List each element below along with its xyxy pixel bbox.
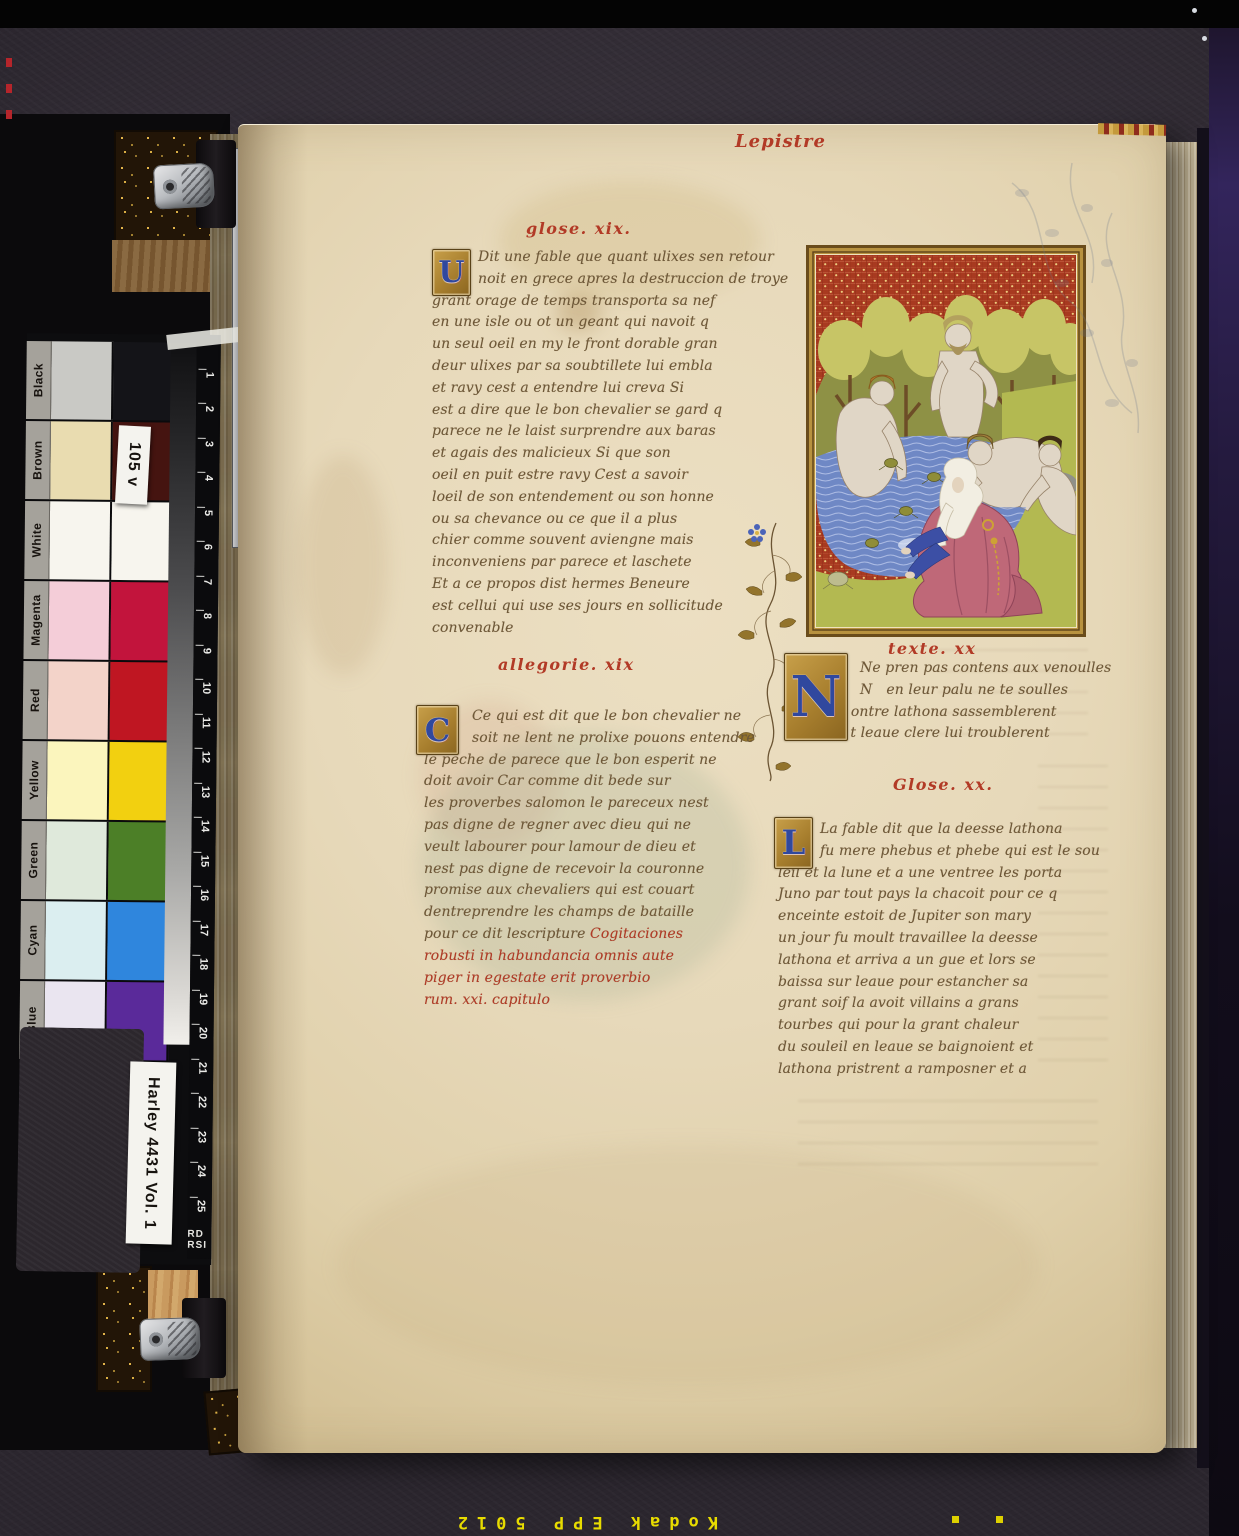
text-line: est a dire que le bon chevalier se gard …	[432, 400, 756, 422]
ruler-number: 8	[194, 610, 218, 645]
ruler-number: 25	[187, 1196, 211, 1231]
color-patch-tint	[45, 901, 108, 980]
color-chart-row: Yellow	[22, 741, 172, 823]
color-patch-tint	[49, 501, 112, 580]
text-line: promise aux chevaliers qui est couart	[424, 880, 756, 902]
folio-sticker: 105 v	[115, 425, 151, 505]
ruler-number: 16	[191, 886, 215, 921]
color-patch-tint	[47, 741, 110, 820]
text-line: rum. xxi. capitulo	[424, 990, 756, 1012]
text-line: dentreprendre les champs de bataille	[424, 902, 756, 924]
allegorie-19-latin-quote: robusti in habundancia omnis autepiger i…	[424, 946, 756, 1011]
color-label-strip: Magenta	[23, 581, 49, 659]
ruler-number: 18	[190, 955, 214, 990]
vine-stem	[766, 523, 776, 781]
text-line: lathona et arriva a un gue et lors se	[778, 950, 1112, 972]
illuminated-initial-texte20: N	[784, 653, 848, 741]
color-chart-label: Red	[28, 688, 42, 712]
color-patch-solid	[108, 822, 171, 901]
film-frame-mark	[952, 1516, 959, 1523]
text-line: fu mere phebus et phebe qui est le sou	[778, 841, 1112, 863]
ruler-number: 1	[196, 369, 220, 404]
text-line: les proverbes salomon le pareceux nest	[424, 793, 756, 815]
color-chart-label: Magenta	[29, 594, 44, 646]
text-line: deur ulixes par sa soubtillete lui embla	[432, 356, 756, 378]
color-chart-row: Red	[23, 661, 173, 743]
initial-letter: N	[790, 664, 841, 730]
rubric-glose-20: Glose. xx.	[893, 775, 993, 794]
ruler-number: 24	[188, 1162, 212, 1197]
text-line: un seul oeil en my le front dorable gran	[432, 334, 756, 356]
folio-number: 105 v	[123, 442, 143, 488]
rubric-glose-19: glose. xix.	[526, 219, 632, 238]
text-line: et ravy cest a entendre lui creva Si	[432, 378, 756, 400]
color-patch-tint	[48, 661, 111, 740]
glose-20-text: La fable dit que la deesse lathonafu mer…	[778, 819, 1112, 1081]
allegorie-19-mixed-line: pour ce dit lescripture Cogitaciones	[424, 924, 756, 946]
color-patch-tint	[48, 581, 111, 660]
text-line: ou sa chevance ou ce que il a plus	[432, 509, 756, 531]
allegorie-19-text: Ce qui est dit que le bon chevalier neso…	[424, 706, 756, 924]
initial-letter: L	[782, 823, 806, 863]
film-edge-speck	[6, 84, 12, 93]
color-label-strip: Red	[23, 661, 49, 739]
initial-letter: C	[425, 711, 450, 749]
ruler-number: 5	[195, 507, 219, 542]
ruler-number: 6	[194, 541, 218, 576]
text-line: parece ne le laist surprendre aux baras	[432, 421, 756, 443]
color-chart-label: White	[30, 523, 44, 558]
text-line: pas digne de regner avec dieu qui ne	[424, 815, 756, 837]
color-label-strip: Black	[26, 341, 52, 419]
rubric-texte-20: texte. xx	[888, 639, 976, 658]
text-line: convenable	[432, 618, 756, 640]
film-edge-speck	[1202, 36, 1207, 41]
illuminated-initial-glose20: L	[774, 817, 813, 869]
color-chart-row: Black	[26, 341, 176, 423]
color-patch-solid	[110, 582, 173, 661]
book-cover-edge-right	[1209, 0, 1239, 1536]
film-frame-mark	[996, 1516, 1003, 1523]
rubric-allegorie-19: allegorie. xix	[498, 655, 635, 674]
color-label-strip: Brown	[25, 421, 51, 499]
text-line: baissa sur leaue pour estancher sa	[778, 972, 1112, 994]
ruler-number: 10	[193, 679, 217, 714]
color-chart-label: Black	[31, 363, 45, 397]
offset-vine-ghost	[992, 153, 1167, 453]
color-patch-solid	[109, 742, 172, 821]
color-chart-label: Cyan	[25, 925, 39, 956]
color-patch-solid	[111, 502, 174, 581]
color-patch-tint	[46, 821, 109, 900]
text-line: du souleil en leaue se baignoient et	[778, 1037, 1112, 1059]
color-chart-row: White	[24, 501, 174, 583]
film-edge-speck	[6, 58, 12, 67]
ruler-number: 23	[188, 1127, 212, 1162]
text-line: nest pas digne de recevoir la couronne	[424, 859, 756, 881]
film-edge-strip	[0, 0, 1239, 28]
shelfmark-text: Harley 4431 Vol. 1	[140, 1076, 162, 1229]
ruler-number: 11	[193, 714, 217, 749]
color-chart-row: Cyan	[20, 901, 170, 983]
ruler-number: 3	[195, 438, 219, 473]
ruler-number: 2	[196, 403, 220, 438]
ruler-number: 4	[195, 472, 219, 507]
manuscript-photo: BlackBrownWhiteMagentaRedYellowGreenCyan…	[0, 0, 1239, 1536]
mixed-line-red-latin: Cogitaciones	[590, 926, 683, 942]
text-line: Juno par tout pays la chacoit pour ce q	[778, 884, 1112, 906]
text-line: un jour fu moult travaillee la deesse	[778, 928, 1112, 950]
text-line: noit en grece apres la destruccion de tr…	[432, 269, 756, 291]
color-label-strip: White	[24, 501, 50, 579]
text-line: Et a ce propos dist hermes Beneure	[432, 574, 756, 596]
color-chart-label: Yellow	[27, 760, 41, 800]
ruler-number: 19	[190, 989, 214, 1024]
text-line: enceinte estoit de Jupiter son mary	[778, 906, 1112, 928]
color-chart-rows: BlackBrownWhiteMagentaRedYellowGreenCyan…	[19, 341, 176, 1063]
text-line: tourbes qui pour la grant chaleur	[778, 1015, 1112, 1037]
film-edge-text: Kodak EPP 5012	[298, 1509, 718, 1535]
film-edge-speck	[6, 110, 12, 119]
initial-letter: U	[438, 255, 464, 290]
text-line: lathona pristrent a ramposner et a	[778, 1059, 1112, 1081]
text-line: grant soif la avoit villains a grans	[778, 993, 1112, 1015]
color-label-strip: Green	[21, 821, 47, 899]
color-chart-row: Green	[21, 821, 171, 903]
text-line: doit avoir Car comme dit bede sur	[424, 771, 756, 793]
color-patch-tint	[51, 341, 114, 420]
ruler-number: 17	[190, 921, 214, 956]
color-patch-solid	[113, 342, 176, 421]
color-label-strip: Cyan	[20, 901, 46, 979]
shelfmark-sticker: Harley 4431 Vol. 1	[126, 1061, 177, 1244]
text-line: le peche de parece que le bon esperit ne	[424, 750, 756, 772]
text-line: veult labourer pour lamour de dieu et	[424, 837, 756, 859]
page-clip-top	[153, 162, 215, 209]
manuscript-page: Lepistre glose. xix. U Dit une fable que…	[238, 124, 1166, 1453]
text-line: grant orage de temps transporta sa nef	[432, 291, 756, 313]
gutter-shadow	[238, 125, 308, 1453]
parchment-stain	[338, 1145, 1038, 1385]
ruler-number: 14	[191, 817, 215, 852]
glose-19-text: Dit une fable que quant ulixes sen retou…	[432, 247, 756, 639]
ruler-number: 15	[191, 852, 215, 887]
text-line: La fable dit que la deesse lathona	[778, 819, 1112, 841]
ink-show-through	[798, 1100, 1098, 1170]
ruler-number: 12	[192, 748, 216, 783]
page-edges-right	[1164, 142, 1198, 1448]
mixed-line-brown: pour ce dit lescripture	[424, 926, 590, 942]
ruler-footer-label: RD RSI	[187, 1229, 209, 1251]
text-line: leil et la lune et a une ventree les por…	[778, 863, 1112, 885]
color-chart-row: Magenta	[23, 581, 173, 663]
film-edge-speck	[1192, 8, 1197, 13]
text-line: inconveniens par parece et laschete	[432, 552, 756, 574]
text-line: Dit une fable que quant ulixes sen retou…	[432, 247, 756, 269]
text-line: soit ne lent ne prolixe pouons entendre	[424, 728, 756, 750]
color-patch-solid	[107, 902, 170, 981]
text-line: loeil de son entendement ou son honne	[432, 487, 756, 509]
ruler-number: 9	[193, 645, 217, 680]
text-line: et agais des malicieux Si que son	[432, 443, 756, 465]
text-line: en une isle ou ot un geant qui navoit q	[432, 312, 756, 334]
text-line: oeil en puit estre ravy Cest a savoir	[432, 465, 756, 487]
color-label-strip: Yellow	[22, 741, 48, 819]
text-line: Ce qui est dit que le bon chevalier ne	[424, 706, 756, 728]
ruler-number: 22	[189, 1093, 213, 1128]
ruler-number: 21	[189, 1058, 213, 1093]
text-line: robusti in habundancia omnis aute	[424, 946, 756, 968]
page-clip-bottom	[139, 1317, 200, 1361]
text-line: piger in egestate erit proverbio	[424, 968, 756, 990]
illuminated-initial-glose19: U	[432, 249, 471, 296]
ruler-number: 7	[194, 576, 218, 611]
color-patch-solid	[110, 662, 173, 741]
text-line: est cellui qui use ses jours en sollicit…	[432, 596, 756, 618]
illuminated-initial-allegorie19: C	[416, 705, 459, 755]
gold-edge-sliver-top	[1098, 123, 1166, 136]
parchment-stain	[298, 455, 388, 675]
color-chart-label: Brown	[30, 440, 44, 479]
color-chart-row: Brown	[25, 421, 175, 503]
color-chart-label: Green	[26, 842, 40, 879]
page-header-epistre: Lepistre	[735, 131, 826, 152]
ruler-number: 13	[192, 783, 216, 818]
text-line: chier comme souvent aviengne mais	[432, 530, 756, 552]
color-patch-tint	[50, 421, 113, 500]
ruler-number: 20	[189, 1024, 213, 1059]
